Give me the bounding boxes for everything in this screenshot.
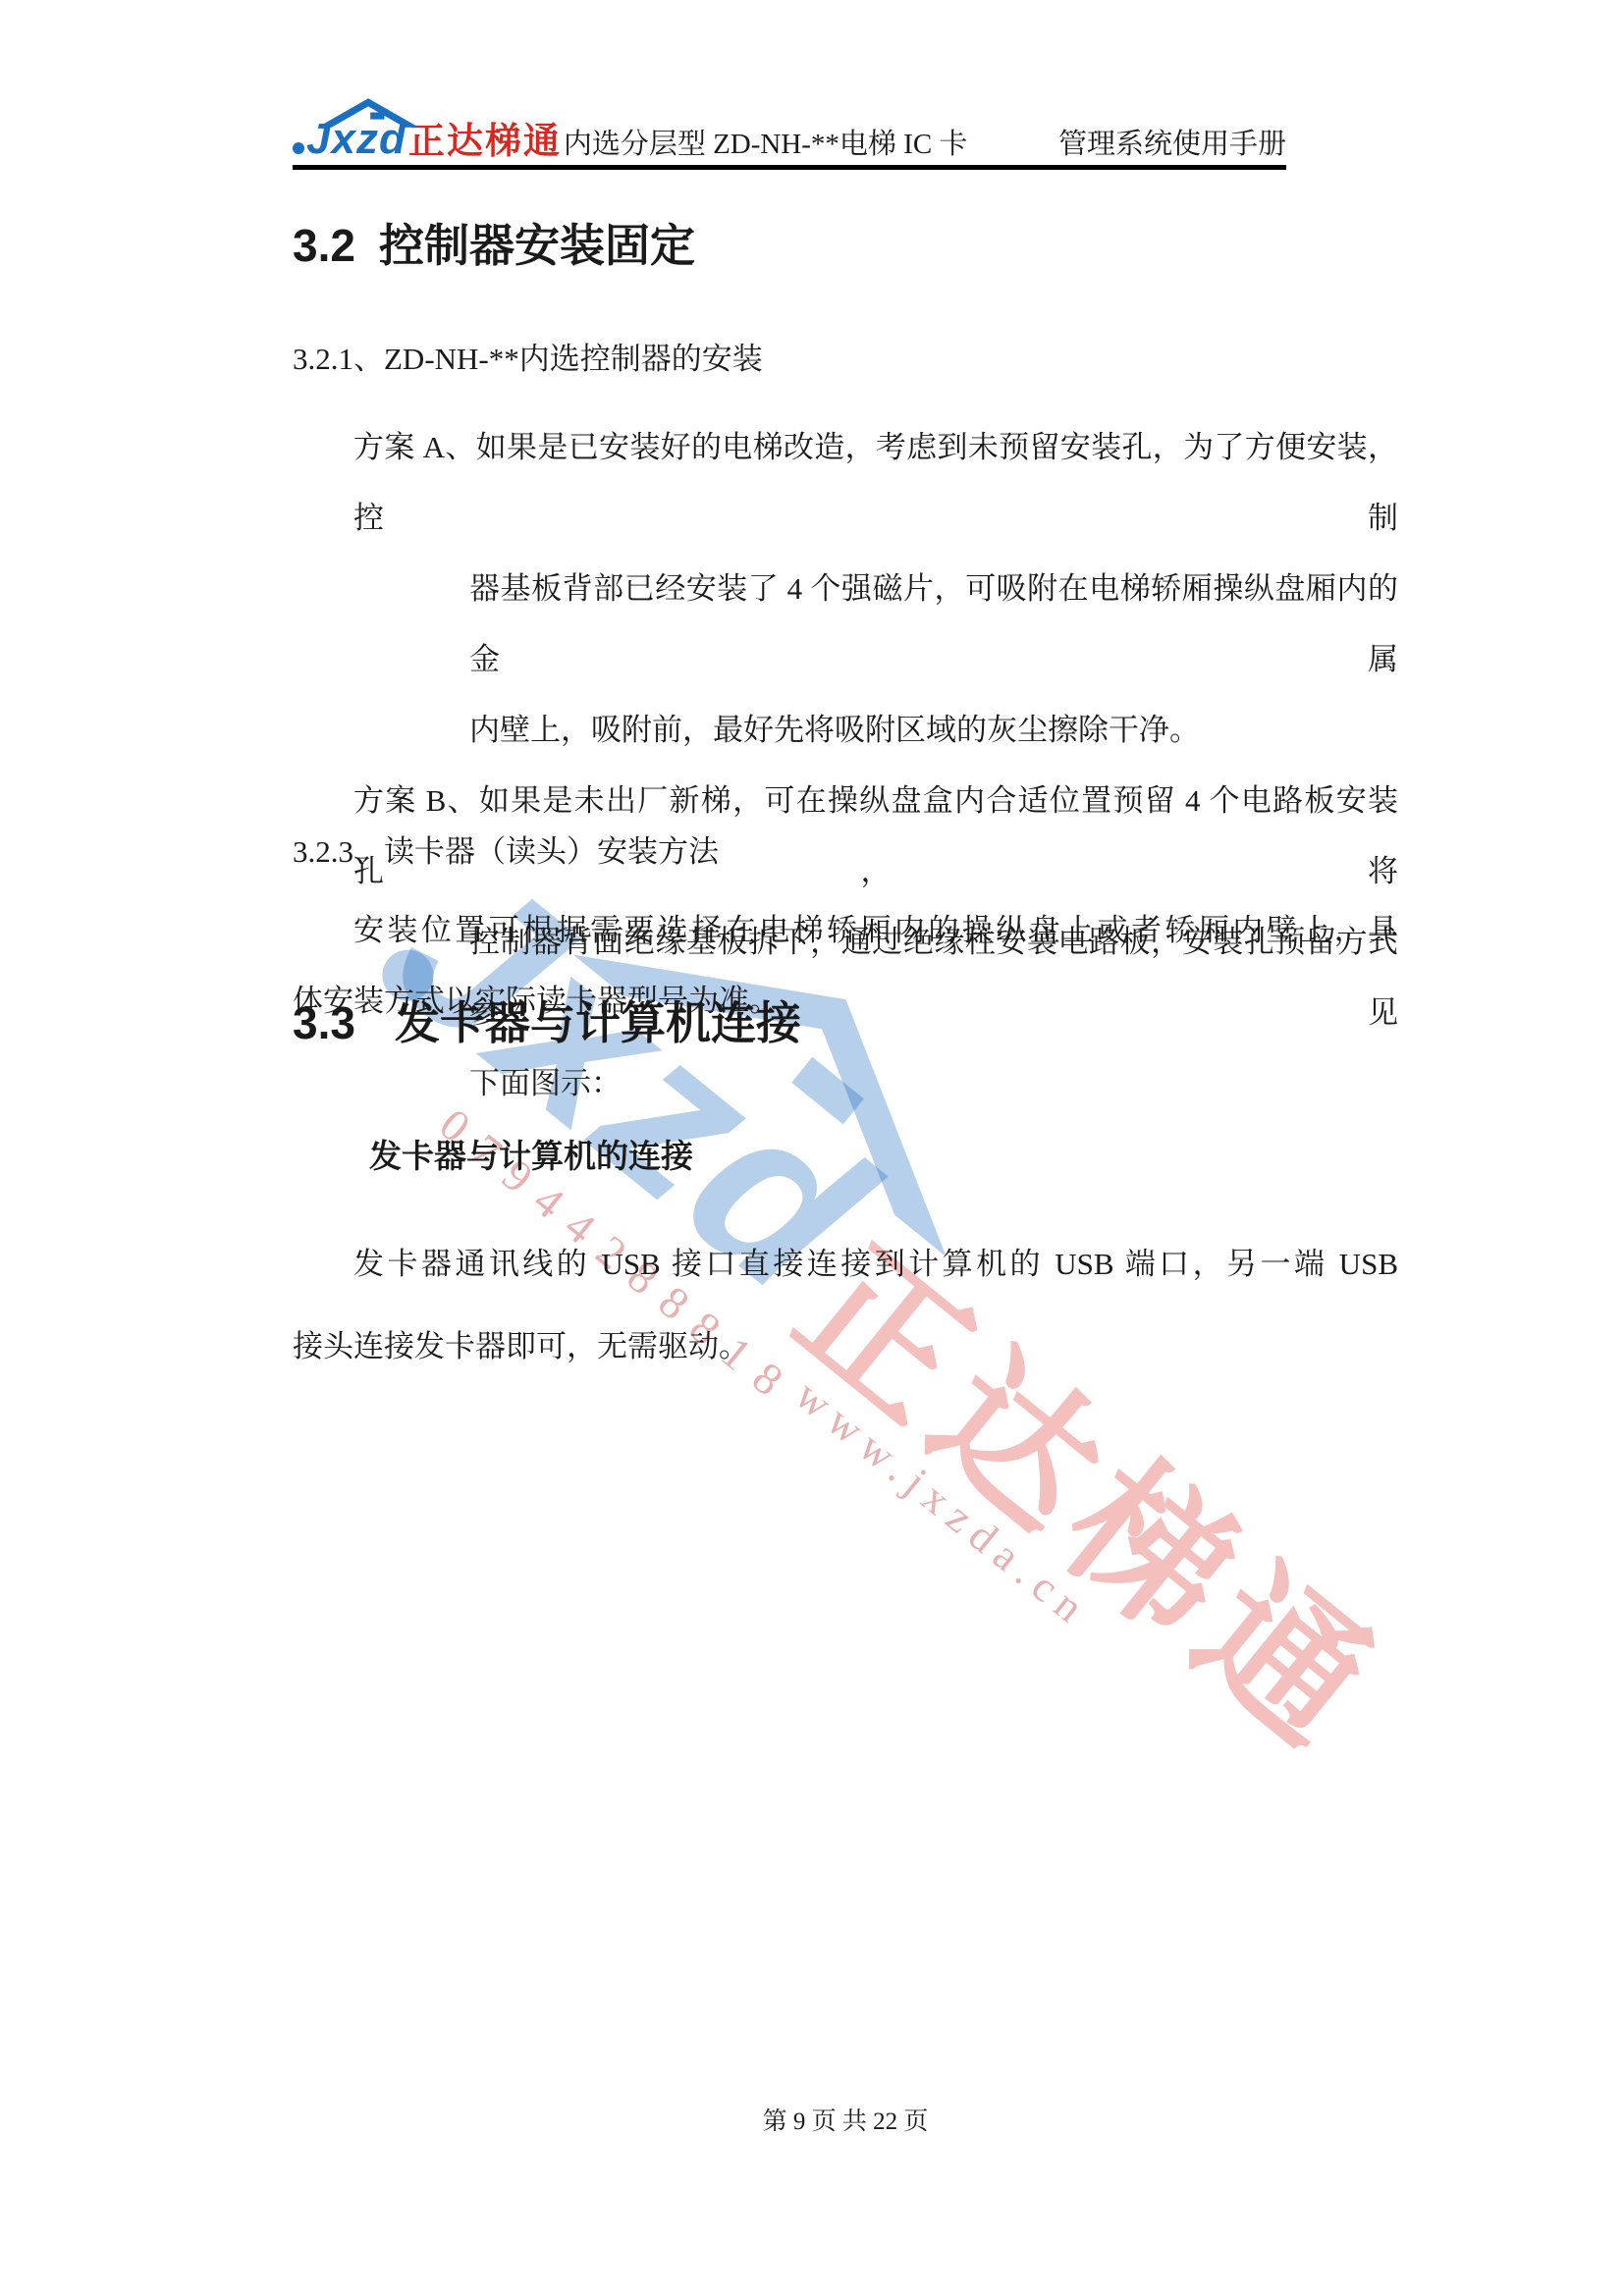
subsection-issuer-pc: 发卡器与计算机的连接 (293, 1135, 1475, 1180)
paragraph-line: 接头连接发卡器即可，无需驱动。 (293, 1306, 1398, 1388)
page-header: Jxzd 正达梯通 内选分层型 ZD-NH-**电梯 IC 卡 管理系统使用手册 (293, 118, 1286, 170)
section-heading-3-2: 3.2控制器安装固定 (293, 218, 1398, 273)
header-doc-type: 内选分层型 ZD-NH-**电梯 IC 卡 (564, 128, 968, 161)
logo-brand-text: 正达梯通 (408, 122, 562, 161)
subsection-3-2-1: 3.2.1、ZD-NH-**内选控制器的安装 (293, 338, 1398, 381)
paragraph-line: 内壁上，吸附前，最好先将吸附区域的灰尘擦除干净。 (293, 695, 1398, 766)
section-heading-3-3: 3.3发卡器与计算机连接 (293, 995, 1398, 1050)
paragraph-line: 下面图示： (293, 1048, 1398, 1119)
page-number-indicator: 第 9 页 共 22 页 (293, 2107, 1398, 2138)
watermark-website: www.jxzda.cn (785, 1370, 1101, 1638)
section-title: 发卡器与计算机连接 (395, 997, 801, 1048)
document-page: Jxzd 正达梯通 07944288818 www.jxzda.cn Jxzd … (0, 0, 1624, 2296)
section-title: 控制器安装固定 (379, 220, 695, 271)
paragraph-line: 方案 A、如果是已安装好的电梯改造，考虑到未预留安装孔，为了方便安装，控制 (293, 412, 1398, 554)
paragraph-usb-connection: 发卡器通讯线的 USB 接口直接连接到计算机的 USB 端口，另一端 USB 接… (293, 1223, 1398, 1388)
section-number: 3.2 (293, 220, 355, 271)
company-logo: Jxzd 正达梯通 (293, 118, 562, 161)
paragraph-line: 安装位置可根据需要选择在电梯轿厢内的操纵盘上或者轿厢内壁上，具 (293, 895, 1398, 966)
section-number: 3.3 (293, 997, 355, 1048)
roof-icon (314, 96, 422, 130)
header-manual-title: 管理系统使用手册 (1058, 128, 1286, 161)
paragraph-line: 器基板背部已经安装了 4 个强磁片，可吸附在电梯轿厢操纵盘厢内的金属 (293, 554, 1398, 695)
paragraph-line: 发卡器通讯线的 USB 接口直接连接到计算机的 USB 端口，另一端 USB (293, 1223, 1398, 1306)
logo-dot-shape (293, 142, 304, 154)
subsection-3-2-3: 3.2.3、读卡器（读头）安装方法 (293, 830, 1398, 874)
